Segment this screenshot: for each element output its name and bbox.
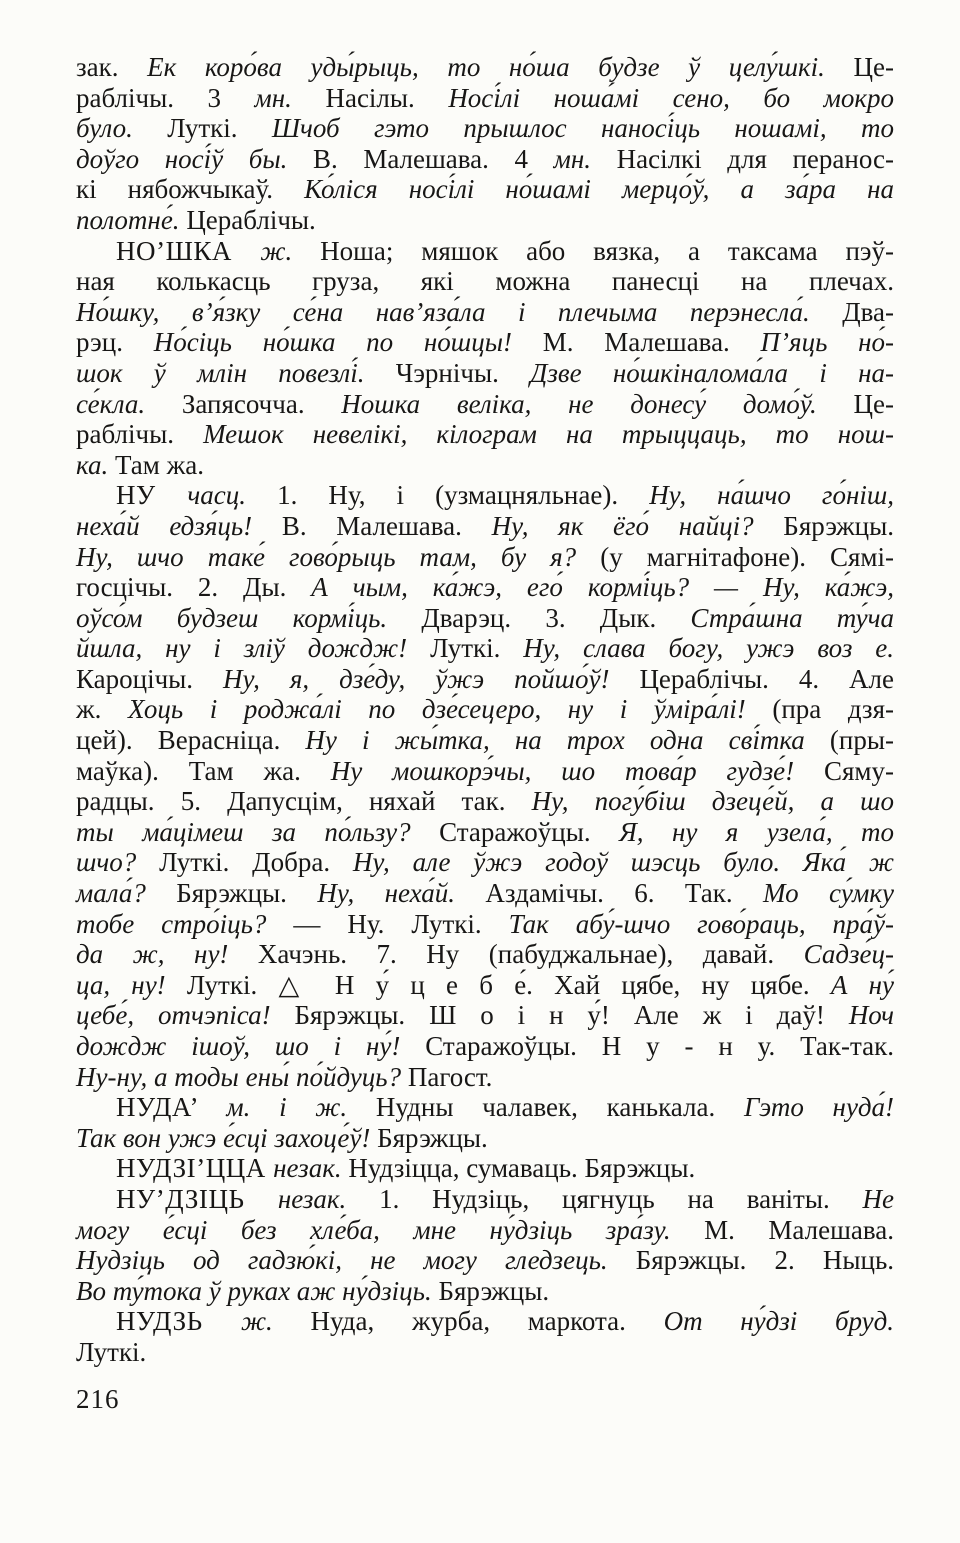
roman-text: Луткі. △ Н у́ ц е б е́. Хай цябе, ну цяб…: [166, 970, 831, 1000]
italic-example: доўго носі́ў бы.: [76, 144, 287, 174]
roman-text: кі нябожчыкаў.: [76, 174, 304, 204]
roman-text: радцы. 5. Дапусцім, няхай так.: [76, 786, 532, 816]
roman-text: Це-: [825, 52, 894, 82]
italic-example: незак.: [278, 1184, 346, 1214]
text-line: маўка). Там жа. Ну мошкорэ́чы, шо това́р…: [76, 756, 894, 787]
text-line: оўсо́м будзеш кормі́ць. Дварэц. 3. Дык. …: [76, 603, 894, 634]
italic-example: Хоць і роджа́лі по дзе́сецеро, ну і ўмір…: [128, 694, 746, 724]
italic-example: От ну́дзі бруд.: [664, 1306, 894, 1336]
text-line: раблічы. 3 мн. Насілы. Носі́лі ноша́мі с…: [76, 83, 894, 114]
roman-text: Цераблічы. 4. Але: [610, 664, 895, 694]
roman-text: Ноша; мяшок або вязка, а таксама пэў-: [292, 236, 894, 266]
text-line: Ну-ну, а тоды ены́ по́йдуць? Пагост.: [76, 1062, 894, 1093]
italic-example: мала́?: [76, 878, 146, 908]
italic-example: Ек коро́ва уды́рыць, то но́ша будзе ў це…: [147, 52, 825, 82]
roman-text: Це-: [817, 389, 894, 419]
text-line: НУДЗЬ ж. Нуда, журба, маркота. От ну́дзі…: [76, 1306, 894, 1337]
roman-text: раблічы.: [76, 419, 203, 449]
italic-example: Гэто нуда́!: [744, 1092, 894, 1122]
text-line: ная колькасць груза, які можна панесці н…: [76, 266, 894, 297]
entry-nudzits: НУ’ДЗІЦЬ незак. 1. Нудзіць, цягнуць на в…: [76, 1184, 894, 1306]
italic-example: Мешок невелікі, кілограм на трыццаць, то…: [203, 419, 894, 449]
roman-text: Нуда, журба, маркота.: [273, 1306, 664, 1336]
roman-text: Два-: [810, 297, 894, 327]
italic-example: Нудзіць од гадзю́кі, не могу гледзець.: [76, 1245, 608, 1275]
roman-text: Старажоўцы. Н у - н у. Так-так.: [400, 1031, 894, 1061]
roman-text: Там жа.: [108, 450, 204, 480]
roman-text: ная колькасць груза, які можна панесці н…: [76, 266, 894, 296]
italic-example: ты ма́цімеш за по́льзу?: [76, 817, 411, 847]
headword: НУ: [116, 480, 187, 510]
headword: НО’ШКА: [116, 236, 260, 266]
text-line: полотне́. Цераблічы.: [76, 205, 894, 236]
roman-text: Луткі.: [76, 1337, 146, 1367]
text-line: Но́шку, в’я́зку се́на нав’яза́ла і плечы…: [76, 297, 894, 328]
italic-example: Ну мошкорэ́чы, шо това́р гудзе́!: [331, 756, 794, 786]
roman-text: Нудны чалавек, канькала.: [347, 1092, 744, 1122]
roman-text: Луткі.: [133, 113, 272, 143]
italic-example: Так вон ужэ е́сці захоце́ў!: [76, 1123, 370, 1153]
italic-example: оўсо́м будзеш кормі́ць.: [76, 603, 387, 633]
italic-example: мн.: [554, 144, 591, 174]
italic-example: Ну-ну, а тоды ены́ по́йдуць?: [76, 1062, 401, 1092]
text-line: доўго носі́ў бы. В. Малешава. 4 мн. Насі…: [76, 144, 894, 175]
roman-text: 1. Нудзіць, цягнуць на ваніты.: [346, 1184, 862, 1214]
entry-nudz: НУДЗЬ ж. Нуда, журба, маркота. От ну́дзі…: [76, 1306, 894, 1367]
roman-text: Луткі.: [407, 633, 523, 663]
text-line: НУ’ДЗІЦЬ незак. 1. Нудзіць, цягнуць на в…: [76, 1184, 894, 1215]
roman-text: 1. Ну, і (узмацняльнае).: [246, 480, 649, 510]
text-line: могу е́сці без хле́ба, мне ну́дзіць зра́…: [76, 1215, 894, 1246]
entry-continuation: зак. Ек коро́ва уды́рыць, то но́ша будзе…: [76, 52, 894, 236]
text-line: ты ма́цімеш за по́льзу? Старажоўцы. Я, н…: [76, 817, 894, 848]
text-line: се́кла. Запясочча. Ношка веліка, не доне…: [76, 389, 894, 420]
headword: НУДА’: [116, 1092, 226, 1122]
roman-text: Хачэнь. 7. Ну (пабуджальнае), давай.: [228, 939, 803, 969]
italic-example: Ну, як ёго́ найці?: [492, 511, 754, 541]
entry-nuda: НУДА’ м. і ж. Нудны чалавек, канькала. Г…: [76, 1092, 894, 1153]
roman-text: Бярэжцы.: [432, 1276, 549, 1306]
italic-example: шчо?: [76, 847, 136, 877]
text-line: радцы. 5. Дапусцім, няхай так. Ну, погу́…: [76, 786, 894, 817]
roman-text: Насілкі для перанос-: [591, 144, 894, 174]
text-line: НУ часц. 1. Ну, і (узмацняльнае). Ну, на…: [76, 480, 894, 511]
entry-nudzicca: НУДЗІ’ЦЦА незак. Нудзіцца, сумаваць. Бяр…: [76, 1153, 894, 1184]
text-line: цебе́, отчэпіса! Бярэжцы. Ш о і н у́! Ал…: [76, 1000, 894, 1031]
text-line: дождж ішоў, шо і ну́! Старажоўцы. Н у - …: [76, 1031, 894, 1062]
italic-example: мн.: [255, 83, 292, 113]
text-line: зак. Ек коро́ва уды́рыць, то но́ша будзе…: [76, 52, 894, 83]
text-line: йшла, ну і зліў дождж! Луткі. Ну, слава …: [76, 633, 894, 664]
roman-text: В. Малешава.: [252, 511, 491, 541]
italic-example: Шчоб гэто прышлос наносі́ць ношамі, то: [272, 113, 894, 143]
roman-text: Чэрнічы.: [365, 358, 531, 388]
text-line: Кароцічы. Ну, я, дзе́ду, ўжэ пойшо́ў! Це…: [76, 664, 894, 695]
text-line: Ну, шчо таке́ гово́рыць там, бу я? (у ма…: [76, 542, 894, 573]
roman-text: Запясочча.: [145, 389, 341, 419]
text-line: Луткі.: [76, 1337, 894, 1368]
roman-text: раблічы. 3: [76, 83, 255, 113]
italic-example: Ну, на́шчо го́ніш,: [649, 480, 894, 510]
text-line: тобе стро́іць? — Ну. Луткі. Так абу́-шчо…: [76, 909, 894, 940]
roman-text: Бярэжцы.: [370, 1123, 487, 1153]
italic-example: ж.: [241, 1306, 273, 1336]
italic-example: тобе стро́іць?: [76, 909, 266, 939]
roman-text: Бярэжцы. 2. Ныць.: [608, 1245, 894, 1275]
italic-example: шок ў млін повезлі́.: [76, 358, 365, 388]
roman-text: Бярэжцы.: [146, 878, 317, 908]
roman-text: госцічы. 2. Ды.: [76, 572, 311, 602]
text-line: ца, ну! Луткі. △ Н у́ ц е б е́. Хай цябе…: [76, 970, 894, 1001]
text-line: рэц. Но́сіць но́шка по но́шцы! М. Малеша…: [76, 327, 894, 358]
italic-example: Во ту́тока ў руках аж ну́дзіць.: [76, 1276, 432, 1306]
italic-example: ж.: [260, 236, 292, 266]
roman-text: маўка). Там жа.: [76, 756, 331, 786]
italic-example: цебе́, отчэпіса!: [76, 1000, 271, 1030]
roman-text: Нудзіцца, сумаваць. Бярэжцы.: [342, 1153, 696, 1183]
italic-example: Ноч: [849, 1000, 894, 1030]
italic-example: Не: [863, 1184, 894, 1214]
italic-example: Но́шку, в’я́зку се́на нав’яза́ла і плечы…: [76, 297, 810, 327]
entry-nu: НУ часц. 1. Ну, і (узмацняльнае). Ну, на…: [76, 480, 894, 1092]
italic-example: ца, ну!: [76, 970, 166, 1000]
text-line: Нудзіць од гадзю́кі, не могу гледзець. Б…: [76, 1245, 894, 1276]
roman-text: Луткі. Добра.: [136, 847, 353, 877]
italic-example: да ж, ну!: [76, 939, 228, 969]
headword: НУДЗІ’ЦЦА: [116, 1153, 273, 1183]
headword: НУДЗЬ: [116, 1306, 241, 1336]
headword: НУ’ДЗІЦЬ: [116, 1184, 278, 1214]
roman-text: М. Малешава.: [671, 1215, 894, 1245]
roman-text: Старажоўцы.: [411, 817, 619, 847]
roman-text: (пры-: [805, 725, 894, 755]
text-line: НО’ШКА ж. Ноша; мяшок або вязка, а такса…: [76, 236, 894, 267]
text-line: кі нябожчыкаў. Ко́ліся носі́лі но́шамі м…: [76, 174, 894, 205]
italic-example: Садзе́ц-: [804, 939, 894, 969]
dictionary-page: зак. Ек коро́ва уды́рыць, то но́ша будзе…: [0, 0, 960, 1543]
roman-text: М. Малешава.: [512, 327, 761, 357]
roman-text: (у магнітафоне). Сямі-: [576, 542, 894, 572]
italic-example: незак.: [273, 1153, 341, 1183]
page-number: 216: [76, 1384, 120, 1415]
text-line: шчо? Луткі. Добра. Ну, але ўжэ годоў шэс…: [76, 847, 894, 878]
roman-text: цей). Верасніца.: [76, 725, 305, 755]
italic-example: Ну, шчо таке́ гово́рыць там, бу я?: [76, 542, 576, 572]
italic-example: полотне́.: [76, 205, 180, 235]
roman-text: В. Малешава. 4: [287, 144, 553, 174]
text-line: Во ту́тока ў руках аж ну́дзіць. Бярэжцы.: [76, 1276, 894, 1307]
text-line: госцічы. 2. Ды. А чым, ка́жэ, его́ кормі…: [76, 572, 894, 603]
text-line: да ж, ну! Хачэнь. 7. Ну (пабуджальнае), …: [76, 939, 894, 970]
roman-text: ж.: [76, 694, 128, 724]
italic-example: Ну, погу́біш дзеце́й, а шо: [532, 786, 894, 816]
roman-text: Дварэц. 3. Дык.: [387, 603, 690, 633]
roman-text: зак.: [76, 52, 147, 82]
italic-example: Ну, неха́й.: [317, 878, 455, 908]
text-line: Так вон ужэ е́сці захоце́ў! Бярэжцы.: [76, 1123, 894, 1154]
italic-example: Ко́ліся носі́лі но́шамі мерцо́ў, а за́ра…: [304, 174, 894, 204]
italic-example: ка.: [76, 450, 108, 480]
italic-example: неха́й едзя́ць!: [76, 511, 252, 541]
text-column: зак. Ек коро́ва уды́рыць, то но́ша будзе…: [76, 52, 894, 1368]
italic-example: йшла, ну і зліў дождж!: [76, 633, 407, 663]
roman-text: — Ну. Луткі.: [266, 909, 508, 939]
roman-text: Бярэжцы.: [754, 511, 894, 541]
italic-example: А ну́: [831, 970, 894, 1000]
italic-example: Так абу́-шчо гово́раць, пра́ў-: [509, 909, 894, 939]
roman-text: Аздамічы. 6. Так.: [455, 878, 763, 908]
roman-text: Кароцічы.: [76, 664, 223, 694]
italic-example: Стра́шна ту́ча: [690, 603, 894, 633]
roman-text: Цераблічы.: [180, 205, 316, 235]
italic-example: Ну, я, дзе́ду, ўжэ пойшо́ў!: [223, 664, 610, 694]
italic-example: Носі́лі ноша́мі сено, бо мокро: [448, 83, 894, 113]
italic-example: Мо су́мку: [763, 878, 894, 908]
text-line: цей). Верасніца. Ну і жы́тка, на трох од…: [76, 725, 894, 756]
italic-example: могу е́сці без хле́ба, мне ну́дзіць зра́…: [76, 1215, 671, 1245]
roman-text: Насілы.: [292, 83, 448, 113]
italic-example: Ну, слава богу, ужэ воз е.: [523, 633, 894, 663]
italic-example: Ну, але ўжэ годоў шэсць було. Яка́ ж: [353, 847, 894, 877]
roman-text: Пагост.: [401, 1062, 492, 1092]
italic-example: було.: [76, 113, 133, 143]
italic-example: се́кла.: [76, 389, 145, 419]
italic-example: А чым, ка́жэ, его́ кормі́ць? — Ну, ка́жэ…: [311, 572, 894, 602]
italic-example: П’яць но́-: [761, 327, 894, 357]
italic-example: Дзве но́шкіналома́ла і на-: [530, 358, 894, 388]
italic-example: дождж ішоў, шо і ну́!: [76, 1031, 400, 1061]
roman-text: (пра дзя-: [746, 694, 894, 724]
text-line: раблічы. Мешок невелікі, кілограм на тры…: [76, 419, 894, 450]
text-line: НУДА’ м. і ж. Нудны чалавек, канькала. Г…: [76, 1092, 894, 1123]
italic-example: Ношка веліка, не донесу́ домо́ў.: [341, 389, 817, 419]
italic-example: Ну і жы́тка, на трох одна сві́тка: [305, 725, 804, 755]
text-line: неха́й едзя́ць! В. Малешава. Ну, як ёго́…: [76, 511, 894, 542]
text-line: мала́? Бярэжцы. Ну, неха́й. Аздамічы. 6.…: [76, 878, 894, 909]
entry-noshka: НО’ШКА ж. Ноша; мяшок або вязка, а такса…: [76, 236, 894, 481]
roman-text: Бярэжцы. Ш о і н у́! Але ж і даў!: [271, 1000, 849, 1030]
text-line: шок ў млін повезлі́. Чэрнічы. Дзве но́шк…: [76, 358, 894, 389]
italic-example: Я, ну я узела́, то: [619, 817, 894, 847]
text-line: було. Луткі. Шчоб гэто прышлос наносі́ць…: [76, 113, 894, 144]
italic-example: часц.: [187, 480, 246, 510]
roman-text: Сяму-: [794, 756, 894, 786]
italic-example: м. і ж.: [226, 1092, 347, 1122]
text-line: ка. Там жа.: [76, 450, 894, 481]
italic-example: Но́сіць но́шка по но́шцы!: [154, 327, 512, 357]
roman-text: рэц.: [76, 327, 154, 357]
text-line: НУДЗІ’ЦЦА незак. Нудзіцца, сумаваць. Бяр…: [76, 1153, 894, 1184]
text-line: ж. Хоць і роджа́лі по дзе́сецеро, ну і ў…: [76, 694, 894, 725]
